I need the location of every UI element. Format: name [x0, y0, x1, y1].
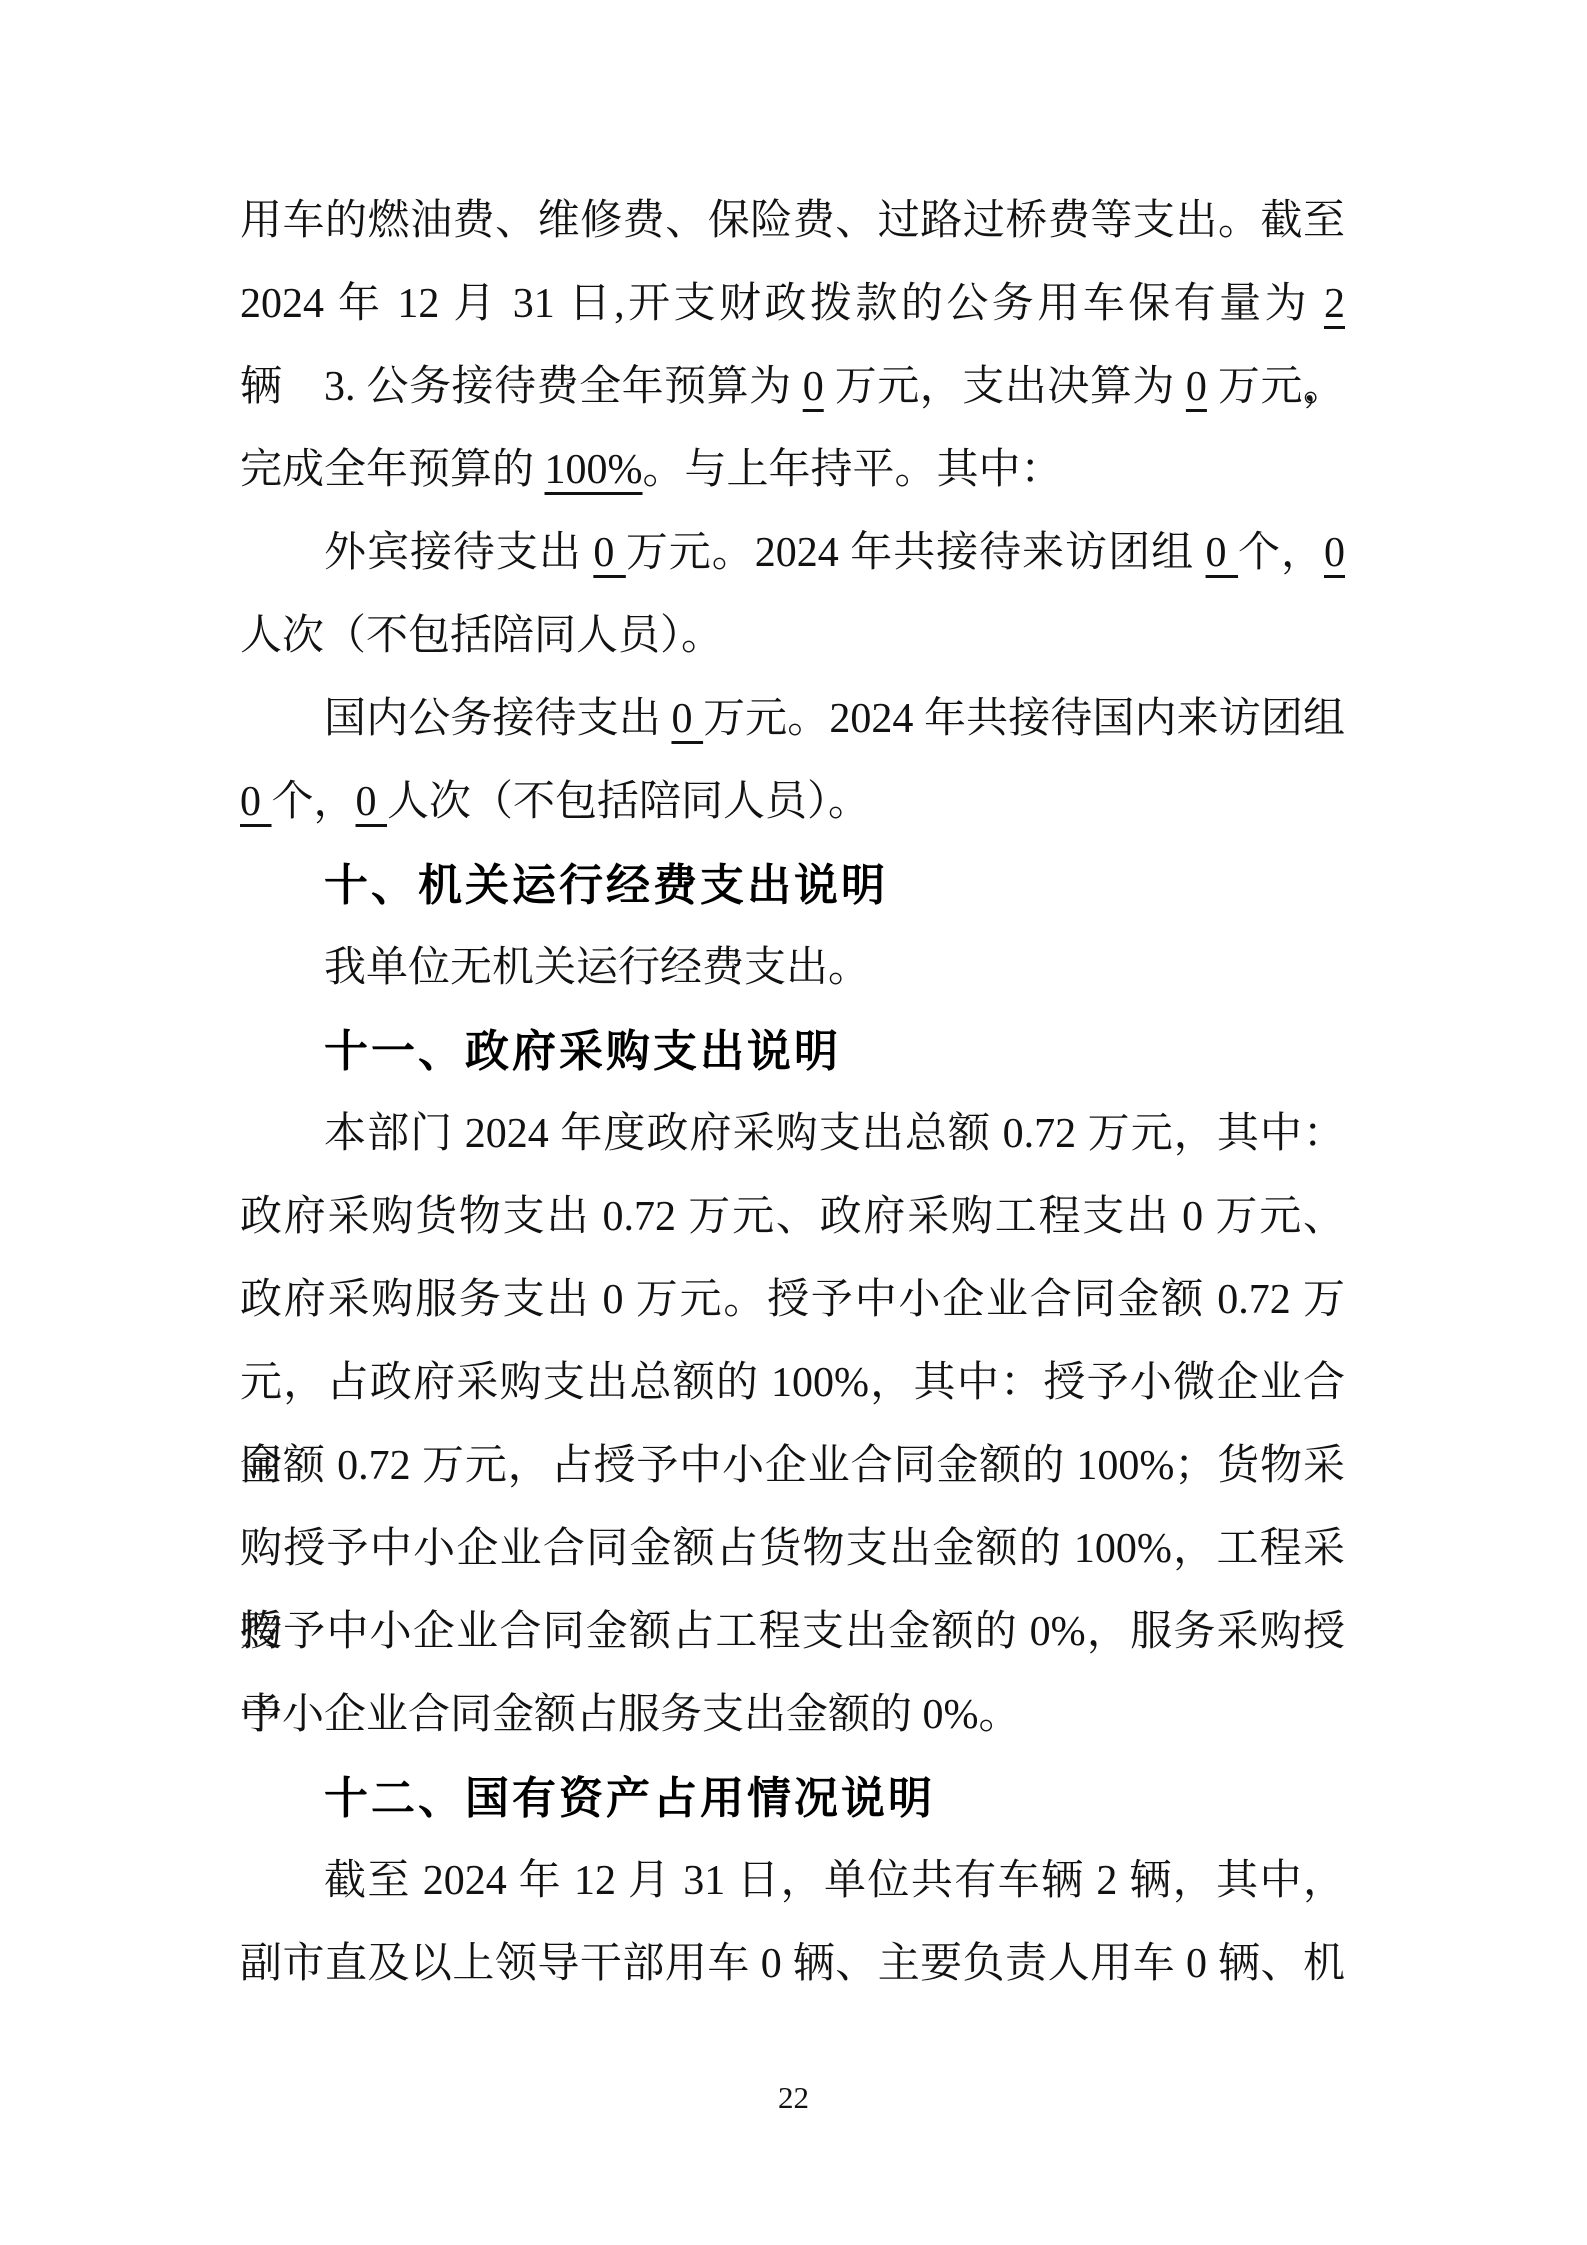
underlined-value: 0 — [593, 530, 625, 576]
underlined-value: 100% — [545, 447, 643, 493]
text-run: 2024 年 12 月 31 日,开支财政拨款的公务用车保有量为 — [240, 281, 1324, 327]
doc-line: 0 个，0 人次（不包括陪同人员）。 — [240, 761, 1345, 844]
doc-line: 国内公务接待支出 0 万元。2024 年共接待国内来访团组 — [240, 678, 1345, 761]
doc-line: 截至 2024 年 12 月 31 日，单位共有车辆 2 辆，其中， — [240, 1840, 1345, 1923]
text-run: 十二、国有资产占用情况说明 — [324, 1774, 935, 1823]
section-heading: 十一、政府采购支出说明 — [240, 1010, 1345, 1093]
text-run: 副市直及以上领导干部用车 0 辆、主要负责人用车 0 辆、机 — [240, 1941, 1345, 1987]
text-run: 政府采购货物支出 0.72 万元、政府采购工程支出 0 万元、 — [240, 1194, 1345, 1240]
underlined-value: 0 — [1206, 530, 1238, 576]
doc-line: 本部门 2024 年度政府采购支出总额 0.72 万元，其中： — [240, 1093, 1345, 1176]
doc-line: 政府采购服务支出 0 万元。授予中小企业合同金额 0.72 万 — [240, 1259, 1345, 1342]
text-run: 用车的燃油费、维修费、保险费、过路过桥费等支出。截至 — [240, 198, 1345, 244]
doc-line: 完成全年预算的 100%。与上年持平。其中： — [240, 429, 1345, 512]
underlined-value: 0 — [1324, 530, 1345, 576]
underlined-value: 0 — [356, 779, 388, 825]
text-run: 万元，支出决算为 — [824, 364, 1186, 410]
doc-line: 2024 年 12 月 31 日,开支财政拨款的公务用车保有量为 2 辆。 — [240, 263, 1345, 346]
doc-line: 政府采购货物支出 0.72 万元、政府采购工程支出 0 万元、 — [240, 1176, 1345, 1259]
text-run: 人次（不包括陪同人员）。 — [387, 779, 870, 825]
text-run: 个， — [1238, 530, 1324, 576]
section-heading: 十、机关运行经费支出说明 — [240, 844, 1345, 927]
text-run: 万元， — [1207, 364, 1345, 410]
text-run: 万元。2024 年共接待来访团组 — [626, 530, 1206, 576]
text-run: 外宾接待支出 — [324, 530, 593, 576]
doc-line: 金额 0.72 万元，占授予中小企业合同金额的 100%；货物采 — [240, 1425, 1345, 1508]
text-run: 个， — [272, 779, 356, 825]
doc-line: 我单位无机关运行经费支出。 — [240, 927, 1345, 1010]
doc-line: 3. 公务接待费全年预算为 0 万元，支出决算为 0 万元， — [240, 346, 1345, 429]
underlined-value: 2 — [1324, 281, 1345, 327]
text-run: 十、机关运行经费支出说明 — [324, 861, 888, 910]
section-heading: 十二、国有资产占用情况说明 — [240, 1757, 1345, 1840]
doc-line: 外宾接待支出 0 万元。2024 年共接待来访团组 0 个，0 — [240, 512, 1345, 595]
text-run: 。与上年持平。其中： — [643, 447, 1063, 493]
text-run: 政府采购服务支出 0 万元。授予中小企业合同金额 0.72 万 — [240, 1277, 1345, 1323]
text-run: 金额 0.72 万元，占授予中小企业合同金额的 100%；货物采 — [240, 1443, 1345, 1489]
text-run: 十一、政府采购支出说明 — [324, 1027, 841, 1076]
text-run: 3. 公务接待费全年预算为 — [324, 364, 803, 410]
underlined-value: 0 — [1186, 364, 1207, 410]
document-body: 用车的燃油费、维修费、保险费、过路过桥费等支出。截至2024 年 12 月 31… — [240, 180, 1345, 2006]
doc-line: 元，占政府采购支出总额的 100%，其中：授予小微企业合同 — [240, 1342, 1345, 1425]
document-page: 用车的燃油费、维修费、保险费、过路过桥费等支出。截至2024 年 12 月 31… — [0, 0, 1587, 2245]
doc-line: 用车的燃油费、维修费、保险费、过路过桥费等支出。截至 — [240, 180, 1345, 263]
underlined-value: 0 — [240, 779, 272, 825]
doc-line: 授予中小企业合同金额占工程支出金额的 0%，服务采购授予 — [240, 1591, 1345, 1674]
doc-line: 人次（不包括陪同人员）。 — [240, 595, 1345, 678]
underlined-value: 0 — [803, 364, 824, 410]
text-run: 人次（不包括陪同人员）。 — [240, 613, 723, 659]
doc-line: 副市直及以上领导干部用车 0 辆、主要负责人用车 0 辆、机 — [240, 1923, 1345, 2006]
page-number: 22 — [0, 2080, 1587, 2115]
text-run: 中小企业合同金额占服务支出金额的 0%。 — [240, 1692, 1021, 1738]
text-run: 截至 2024 年 12 月 31 日，单位共有车辆 2 辆，其中， — [324, 1858, 1345, 1904]
text-run: 我单位无机关运行经费支出。 — [324, 945, 870, 991]
doc-line: 购授予中小企业合同金额占货物支出金额的 100%，工程采购 — [240, 1508, 1345, 1591]
text-run: 本部门 2024 年度政府采购支出总额 0.72 万元，其中： — [324, 1111, 1345, 1157]
doc-line: 中小企业合同金额占服务支出金额的 0%。 — [240, 1674, 1345, 1757]
underlined-value: 0 — [671, 696, 703, 742]
text-run: 完成全年预算的 — [240, 447, 545, 493]
text-run: 国内公务接待支出 — [324, 696, 671, 742]
text-run: 万元。2024 年共接待国内来访团组 — [703, 696, 1345, 742]
